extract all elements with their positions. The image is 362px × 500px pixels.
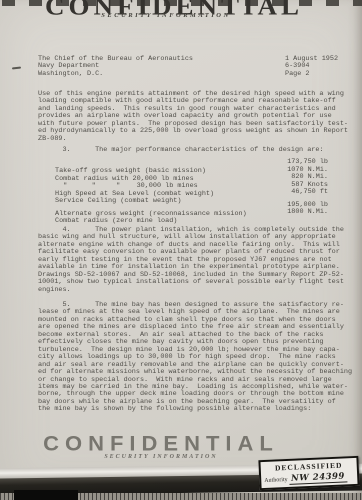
performance-table: Take-off gross weight (basic mission) 17…	[55, 159, 354, 217]
perf-value: 46,750 ft	[281, 189, 328, 197]
paragraph-4: 4. The power plant installation, which i…	[38, 227, 344, 294]
item-3-heading: 3. The major performance characteristics…	[38, 147, 324, 154]
perf-value: 1800 N.Mi.	[281, 209, 328, 217]
authority-label: Authority	[264, 477, 288, 484]
table-row: Combat radius (zero mine load) 1800 N.Mi…	[55, 209, 354, 217]
address-block: The Chief of the Bureau of Aeronautics N…	[38, 56, 354, 78]
perf-label: Combat radius (zero mine load)	[55, 217, 177, 225]
paragraph-2: Use of this engine permits attainment of…	[38, 91, 348, 143]
scanned-document: CONFIDENTIAL SECURITY INFORMATION The Ch…	[0, 0, 362, 500]
security-information-line-top: SECURITY INFORMATION	[0, 12, 332, 19]
authority-line: Authority NW 24399	[264, 471, 354, 485]
table-row: Service Ceiling (combat weight) 46,750 f…	[55, 189, 354, 197]
paragraph-5: 5. The mine bay has been designed to ass…	[38, 302, 352, 414]
scan-black-corner	[14, 490, 78, 500]
authority-number: NW 24399	[289, 471, 347, 485]
date-reference-block: 1 August 1952 6-3904 Page 2	[285, 56, 338, 78]
pencil-mark	[12, 67, 21, 70]
confidential-stamp-bottom: CONFIDENTIAL	[0, 432, 322, 457]
declassified-stamp: DECLASSIFIED Authority NW 24399	[258, 456, 359, 490]
